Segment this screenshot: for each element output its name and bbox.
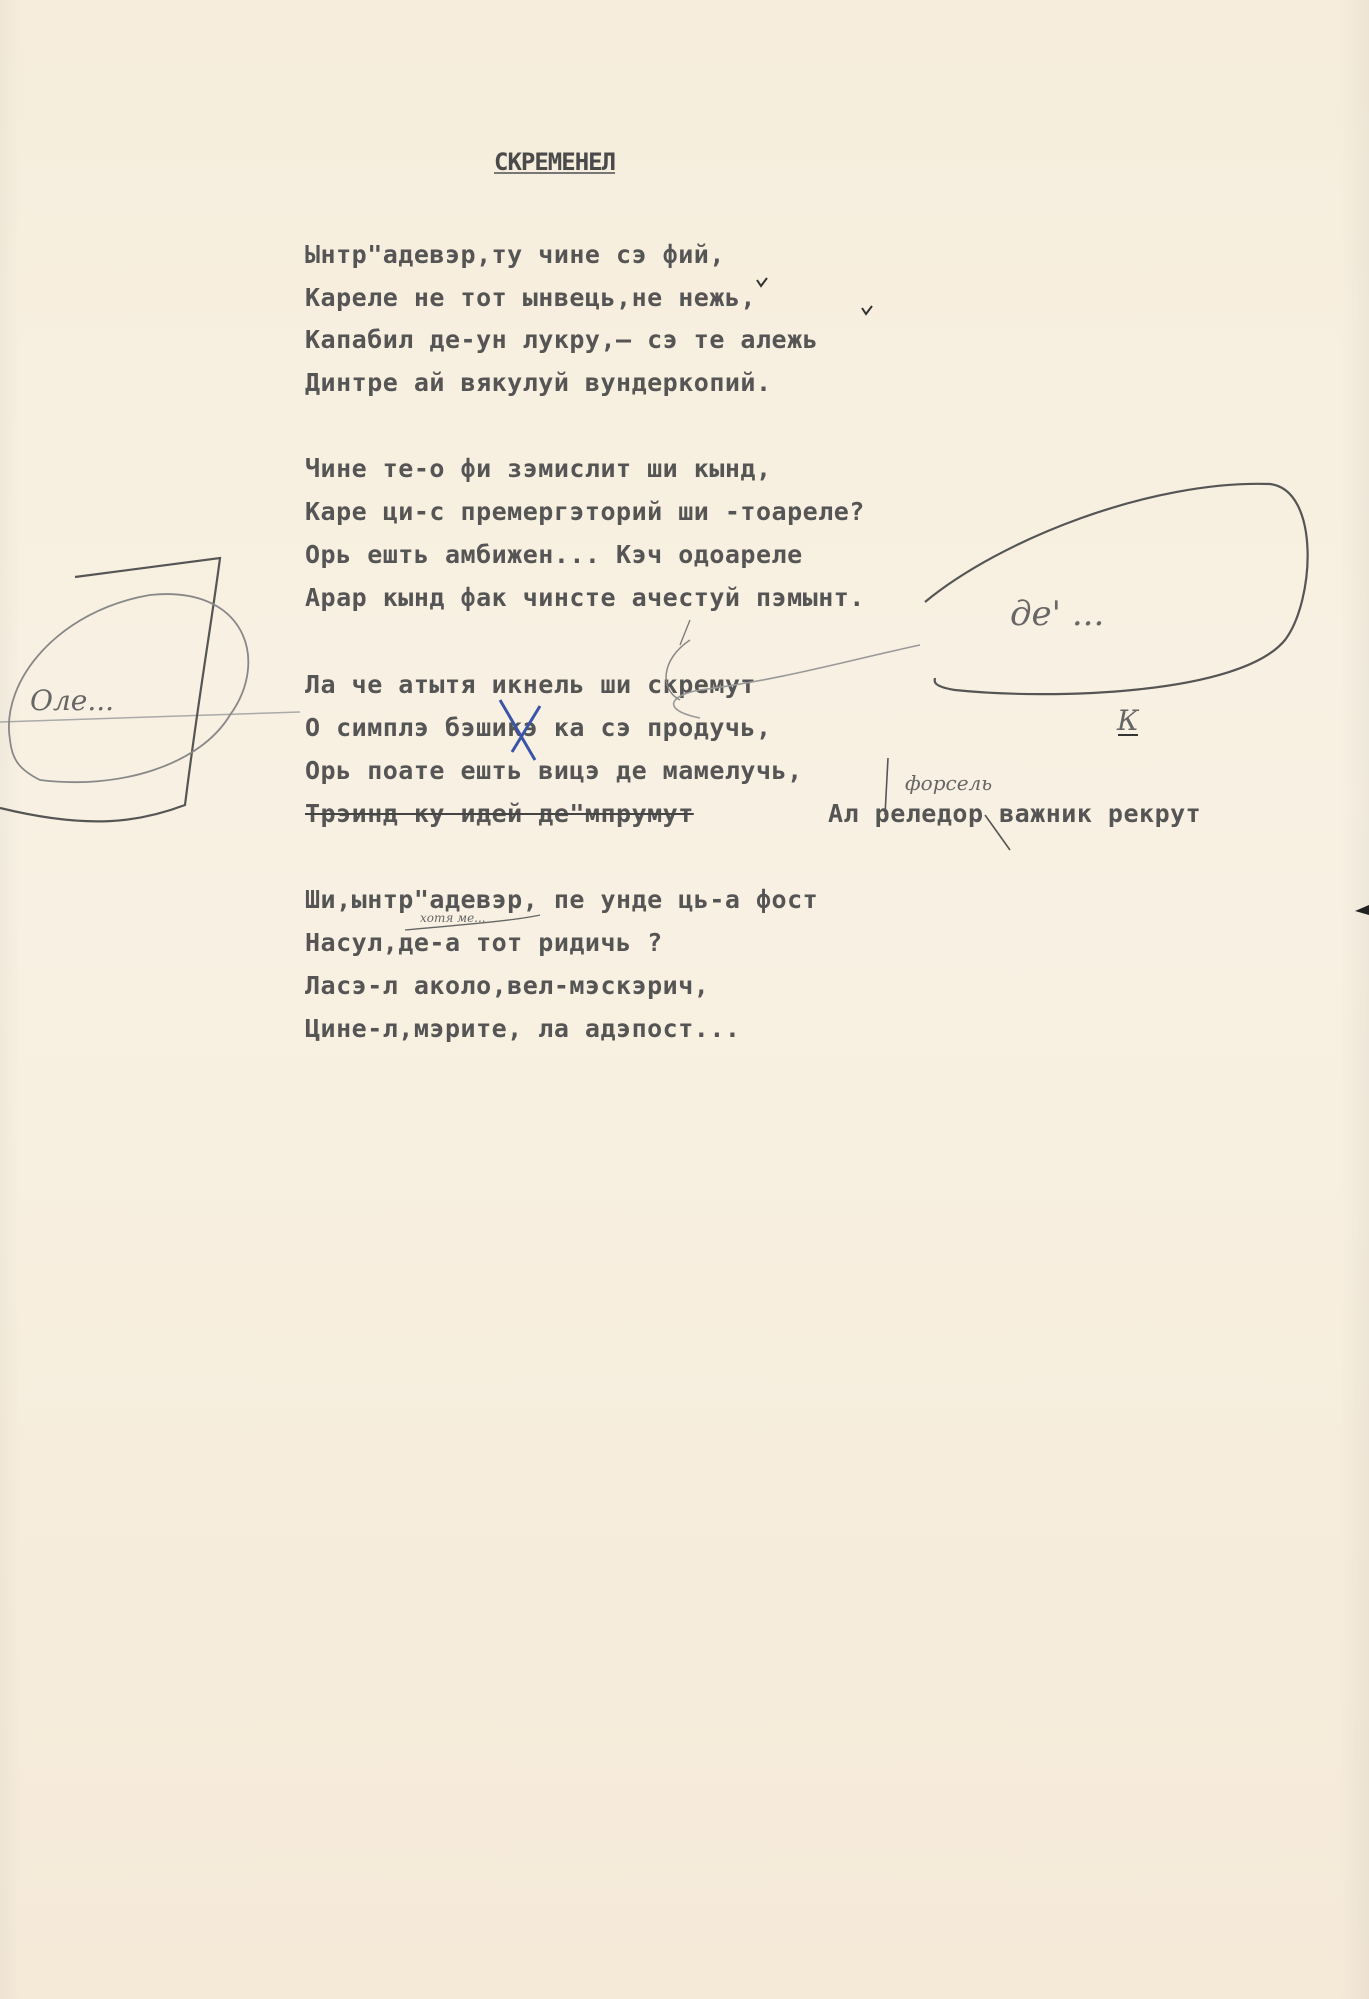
- poem-title: СКРЕМЕНЕЛ: [494, 148, 615, 176]
- poem-line: Ла че атытя икнель ши скремут: [305, 670, 756, 699]
- annotation-k: К: [1116, 704, 1140, 737]
- poem-line: Цине-л,мэрите, ла адэпост...: [305, 1014, 740, 1043]
- pencil-box: [0, 558, 220, 821]
- poem-line: Динтре ай вякулуй вундеркопий.: [305, 368, 772, 397]
- poem-line: Арар кынд фак чинсте ачестуй пэмынт.: [305, 583, 865, 612]
- poem-line: Орь поате ешть вицэ де мамелучь,: [305, 756, 803, 785]
- poem-line: Ынтр"адевэр,ту чине сэ фий,: [305, 240, 725, 269]
- annotation-forsel: форсель: [905, 771, 992, 795]
- poem-line: Ласэ-л аколо,вел-мэскэрич,: [305, 971, 709, 1000]
- poem-line: Чине те-о фи зэмислит ши кынд,: [305, 454, 772, 483]
- poem-line-struck: Трэинд ку идей де"мпрумут: [305, 799, 694, 828]
- poem-line-addition: Ал реледор важник рекрут: [828, 799, 1201, 828]
- poem-line: О симплэ бэшикэ ка сэ продучь,: [305, 713, 772, 742]
- poem-line: Ши,ынтр"адевэр, пе унде ць-а фост: [305, 885, 818, 914]
- poem-line: Кареле не тот ынвець,не нежь,: [305, 283, 756, 312]
- annotation-left: Оле...: [30, 684, 114, 717]
- annotation-de: де' ...: [1010, 594, 1104, 634]
- poem-line: Орь ешть амбижен... Кэч одоареле: [305, 540, 803, 569]
- poem-line: Каре ци-с премергэторий ши -тоареле?: [305, 497, 865, 526]
- pencil-oval: [9, 594, 248, 782]
- pencil-ellipse: [925, 484, 1308, 694]
- poem-line: Капабил де-ун лукру,— сэ те алежь: [305, 325, 818, 354]
- poem-line: Насул,де-а тот ридичь ?: [305, 928, 663, 957]
